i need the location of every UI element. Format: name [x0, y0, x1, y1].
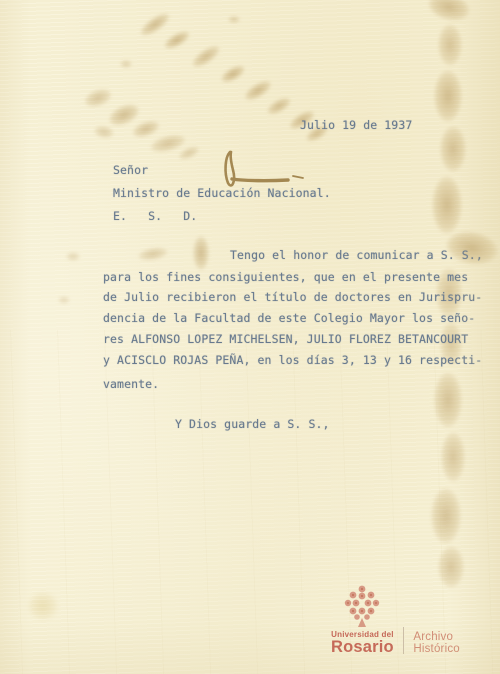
- closing-line: Y Dios guarde a S. S.,: [175, 417, 330, 431]
- body-line: para los fines consiguientes, que en el …: [103, 270, 468, 284]
- stain: [120, 60, 132, 68]
- stain: [441, 432, 465, 482]
- body-line: de Julio recibieron el título de doctore…: [103, 290, 482, 304]
- stain: [434, 372, 462, 428]
- archive-logo: Universidad del Rosario Archivo Históric…: [331, 584, 460, 656]
- stain: [440, 126, 466, 172]
- stain: [432, 176, 462, 234]
- body-line: Tengo el honor de comunicar a S. S.,: [230, 248, 483, 262]
- body-line: y ACISCLO ROJAS PEÑA, en los días 3, 13 …: [103, 353, 482, 367]
- stain: [438, 24, 462, 66]
- stain: [130, 118, 161, 141]
- stain: [28, 592, 58, 620]
- scanned-letter-page: Julio 19 de 1937 Señor Ministro de Educa…: [0, 0, 500, 674]
- body-line: dencia de la Facultad de este Colegio Ma…: [103, 311, 475, 325]
- stain: [106, 100, 143, 130]
- rosario-crest-icon: [342, 584, 382, 628]
- archive-label-line1: Archivo: [413, 632, 460, 644]
- stain: [425, 0, 472, 25]
- archive-name-block: Archivo Histórico: [413, 632, 460, 655]
- stain: [189, 42, 223, 71]
- body-line: res ALFONSO LOPEZ MICHELSEN, JULIO FLORE…: [103, 332, 468, 346]
- stain: [242, 77, 274, 104]
- stain: [434, 70, 462, 122]
- stain: [82, 86, 114, 111]
- recipient-salutation: Señor: [113, 163, 148, 177]
- stain: [265, 94, 294, 117]
- stain: [219, 62, 248, 85]
- recipient-esd: E. S. D.: [113, 209, 197, 223]
- university-logo-block: Universidad del Rosario: [331, 584, 394, 656]
- stain: [228, 16, 240, 23]
- stain: [137, 245, 169, 262]
- stain: [137, 9, 172, 39]
- university-name-label: Rosario: [331, 639, 394, 656]
- stain: [58, 296, 70, 304]
- stain: [93, 124, 115, 139]
- stain: [162, 28, 192, 52]
- stain: [149, 132, 188, 156]
- archive-label-line2: Histórico: [413, 644, 460, 656]
- stain: [438, 546, 464, 588]
- letter-date: Julio 19 de 1937: [300, 118, 412, 132]
- recipient-title: Ministro de Educación Nacional.: [113, 186, 331, 200]
- body-line: vamente.: [103, 377, 159, 391]
- stain: [193, 236, 209, 270]
- stain: [177, 144, 201, 162]
- stain: [431, 488, 461, 544]
- stain: [66, 252, 80, 261]
- logo-divider: [403, 627, 405, 654]
